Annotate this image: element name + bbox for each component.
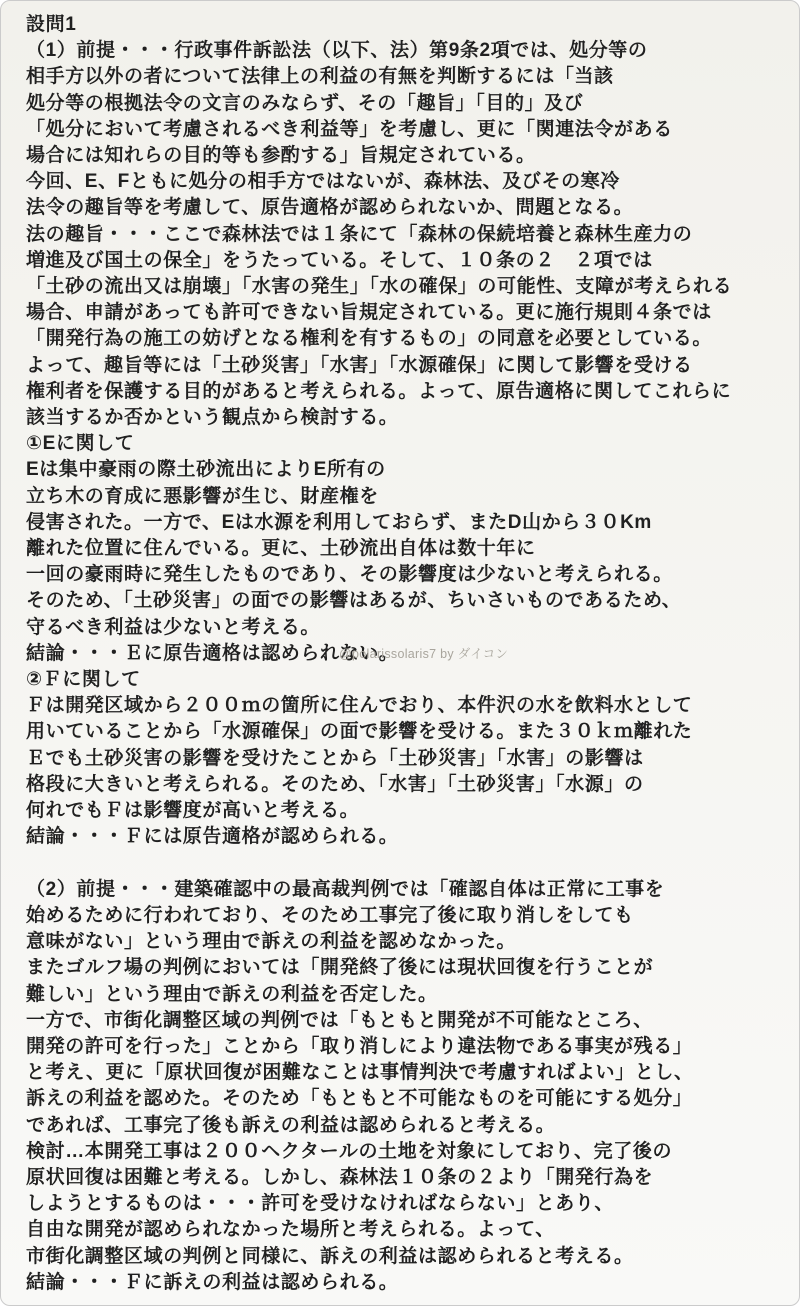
text-line: Ｅでも土砂災害の影響を受けたことから「土砂災害」「水害」の影響は [26, 746, 784, 772]
text-line: 開発の許可を行った」ことから「取り消しにより違法物である事実が残る」 [26, 1034, 784, 1060]
text-line: 法の趣旨・・・ここで森林法では１条にて「森林の保続培養と森林生産力の [26, 222, 784, 248]
text-line: 市街化調整区域の判例と同様に、訴えの利益は認められると考える。 [26, 1244, 784, 1270]
text-line: よって、趣旨等には「土砂災害」「水害」「水源確保」に関して影響を受ける [26, 353, 784, 379]
text-line: Eは集中豪雨の際土砂流出によりE所有の [26, 457, 784, 483]
text-line: 「土砂の流出又は崩壊」「水害の発生」「水の確保」の可能性、支障が考えられる [26, 274, 784, 300]
text-line: 検討…本開発工事は２００ヘクタールの土地を対象にしており、完了後の [26, 1139, 784, 1165]
text-line: 始めるために行われており、そのため工事完了後に取り消しをしても [26, 903, 784, 929]
document-page: 設問1（1）前提・・・行政事件訴訟法（以下、法）第9条2項では、処分等の相手方以… [0, 0, 800, 1306]
text-line: 相手方以外の者について法律上の利益の有無を判断するには「当該 [26, 64, 784, 90]
text-line: 一方で、市街化調整区域の判例では「もともと開発が不可能なところ、 [26, 1008, 784, 1034]
watermark: @polarissolaris7 by ダイコン [339, 644, 508, 662]
text-line: ①Eに関して [26, 431, 784, 457]
text-line: 自由な開発が認められなかった場所と考えられる。よって、 [26, 1217, 784, 1243]
text-line: 結論・・・Ｆには原告適格が認められる。 [26, 824, 784, 850]
text-line: 意味がない」という理由で訴えの利益を認めなかった。 [26, 929, 784, 955]
text-line: 用いていることから「水源確保」の面で影響を受ける。また３０ｋｍ離れた [26, 719, 784, 745]
text-line: と考え、更に「原状回復が困難なことは事情判決で考慮すればよい」とし、 [26, 1060, 784, 1086]
text-line: またゴルフ場の判例においては「開発終了後には現状回復を行うことが [26, 955, 784, 981]
text-line: 法令の趣旨等を考慮して、原告適格が認められないか、問題となる。 [26, 195, 784, 221]
text-line: 格段に大きいと考えられる。そのため、「水害」「土砂災害」「水源」の [26, 772, 784, 798]
text-line: 処分等の根拠法令の文言のみならず、その「趣旨」「目的」及び [26, 91, 784, 117]
text-line: 権利者を保護する目的があると考えられる。よって、原告適格に関してこれらに [26, 379, 784, 405]
text-line: 今回、E、Fともに処分の相手方ではないが、森林法、及びその寒冷 [26, 169, 784, 195]
text-line: （2）前提・・・建築確認中の最高裁判例では「確認自体は正常に工事を [26, 877, 784, 903]
text-line: しようとするものは・・・許可を受けなければならない」とあり、 [26, 1191, 784, 1217]
text-line: ②Ｆに関して [26, 667, 784, 693]
text-line: 離れた位置に住んでいる。更に、土砂流出自体は数十年に [26, 536, 784, 562]
text-line: 原状回復は困難と考える。しかし、森林法１０条の２より「開発行為を [26, 1165, 784, 1191]
text-line: そのため、「土砂災害」の面での影響はあるが、ちいさいものであるため、 [26, 588, 784, 614]
text-line: Ｆは開発区域から２００ｍの箇所に住んでおり、本件沢の水を飲料水として [26, 693, 784, 719]
text-line: であれば、工事完了後も訴えの利益は認められると考える。 [26, 1113, 784, 1139]
text-line: 守るべき利益は少ないと考える。 [26, 615, 784, 641]
text-line: 難しい」という理由で訴えの利益を否定した。 [26, 982, 784, 1008]
text-line: 訴えの利益を認めた。そのため「もともと不可能なものを可能にする処分」 [26, 1086, 784, 1112]
text-line: 「開発行為の施工の妨げとなる権利を有するもの」の同意を必要としている。 [26, 326, 784, 352]
text-line: 該当するか否かという観点から検討する。 [26, 405, 784, 431]
text-line [26, 851, 784, 877]
text-line: 増進及び国土の保全」をうたっている。そして、１０条の２ ２項では [26, 248, 784, 274]
text-line: 結論・・・Ｆに訴えの利益は認められる。 [26, 1270, 784, 1296]
text-line: 立ち木の育成に悪影響が生じ、財産権を [26, 484, 784, 510]
text-line: 一回の豪雨時に発生したものであり、その影響度は少ないと考えられる。 [26, 562, 784, 588]
text-line: （1）前提・・・行政事件訴訟法（以下、法）第9条2項では、処分等の [26, 38, 784, 64]
text-line: 侵害された。一方で、Eは水源を利用しておらず、またD山から３０Km [26, 510, 784, 536]
text-line: 場合、申請があっても許可できない旨規定されている。更に施行規則４条では [26, 300, 784, 326]
text-line: 何れでもＦは影響度が高いと考える。 [26, 798, 784, 824]
text-line: 「処分において考慮されるべき利益等」を考慮し、更に「関連法令がある [26, 117, 784, 143]
text-line: 場合には知れらの目的等も参酌する」旨規定されている。 [26, 143, 784, 169]
text-line: 設問1 [26, 12, 784, 38]
